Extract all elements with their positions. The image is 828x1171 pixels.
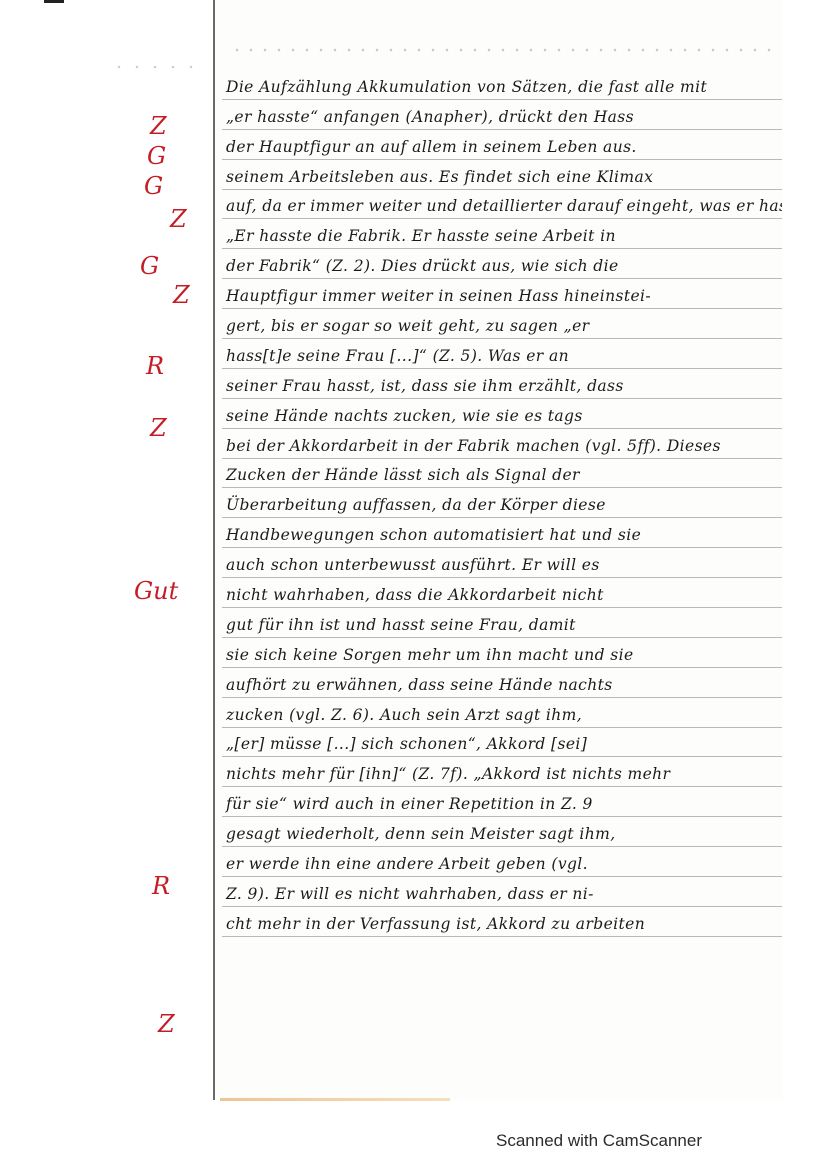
text-line: gut für ihn ist und hasst seine Frau, da… (222, 608, 782, 638)
handwritten-line-text: Die Aufzählung Akkumulation von Sätzen, … (226, 78, 707, 96)
text-line: „Er hasste die Fabrik. Er hasste seine A… (222, 219, 782, 249)
handwritten-line-text: zucken (vgl. Z. 6). Auch sein Arzt sagt … (226, 706, 582, 724)
text-line: „[er] müsse [...] sich schonen“, Akkord … (222, 728, 782, 758)
text-line: auf, da er immer weiter und detaillierte… (222, 190, 782, 220)
text-line: Die Aufzählung Akkumulation von Sätzen, … (222, 70, 782, 100)
text-line: seinem Arbeitsleben aus. Es findet sich … (222, 160, 782, 190)
text-line: Handbewegungen schon automatisiert hat u… (222, 518, 782, 548)
handwritten-line-text: „er hasste“ anfangen (Anapher), drückt d… (226, 108, 634, 126)
top-dot-pattern (230, 46, 780, 56)
handwritten-text-body: Die Aufzählung Akkumulation von Sätzen, … (222, 70, 782, 937)
text-line: nicht wahrhaben, dass die Akkordarbeit n… (222, 578, 782, 608)
handwritten-line-text: Zucken der Hände lässt sich als Signal d… (226, 466, 580, 484)
margin-mark-g: G (144, 172, 163, 200)
page-bottom-edge (220, 1098, 450, 1101)
text-line: „er hasste“ anfangen (Anapher), drückt d… (222, 100, 782, 130)
text-line: gesagt wiederholt, denn sein Meister sag… (222, 817, 782, 847)
margin-mark-z: Z (173, 281, 190, 309)
handwritten-line-text: hass[t]e seine Frau [...]“ (Z. 5). Was e… (226, 347, 569, 365)
text-line: er werde ihn eine andere Arbeit geben (v… (222, 847, 782, 877)
handwritten-line-text: er werde ihn eine andere Arbeit geben (v… (226, 855, 588, 873)
text-line: cht mehr in der Verfassung ist, Akkord z… (222, 907, 782, 937)
handwritten-line-text: Handbewegungen schon automatisiert hat u… (226, 526, 641, 544)
handwritten-line-text: auf, da er immer weiter und detaillierte… (226, 197, 782, 215)
handwritten-line-text: aufhört zu erwähnen, dass seine Hände na… (226, 676, 613, 694)
text-line: sie sich keine Sorgen mehr um ihn macht … (222, 638, 782, 668)
margin-mark-r: R (146, 352, 164, 380)
handwritten-line-text: gesagt wiederholt, denn sein Meister sag… (226, 825, 616, 843)
handwritten-line-text: „[er] müsse [...] sich schonen“, Akkord … (226, 735, 587, 753)
handwritten-line-text: bei der Akkordarbeit in der Fabrik mache… (226, 437, 721, 455)
handwritten-line-text: seiner Frau hasst, ist, dass sie ihm erz… (226, 377, 624, 395)
text-line: der Hauptfigur an auf allem in seinem Le… (222, 130, 782, 160)
text-line: für sie“ wird auch in einer Repetition i… (222, 787, 782, 817)
text-line: auch schon unterbewusst ausführt. Er wil… (222, 548, 782, 578)
handwritten-line-text: cht mehr in der Verfassung ist, Akkord z… (226, 915, 645, 933)
handwritten-line-text: Z. 9). Er will es nicht wahrhaben, dass … (226, 885, 594, 903)
camscanner-watermark: Scanned with CamScanner (496, 1131, 702, 1151)
handwritten-line-text: gut für ihn ist und hasst seine Frau, da… (226, 616, 576, 634)
text-line: Zucken der Hände lässt sich als Signal d… (222, 459, 782, 489)
text-line: nichts mehr für [ihn]“ (Z. 7f). „Akkord … (222, 757, 782, 787)
margin-mark-z: Z (150, 112, 167, 140)
margin-mark-r: R (152, 872, 170, 900)
margin-mark-z: Z (158, 1010, 175, 1038)
text-line: Überarbeitung auffassen, da der Körper d… (222, 488, 782, 518)
text-line: gert, bis er sogar so weit geht, zu sage… (222, 309, 782, 339)
text-line: der Fabrik“ (Z. 2). Dies drückt aus, wie… (222, 249, 782, 279)
handwritten-line-text: für sie“ wird auch in einer Repetition i… (226, 795, 593, 813)
handwritten-line-text: nicht wahrhaben, dass die Akkordarbeit n… (226, 586, 604, 604)
handwritten-line-text: sie sich keine Sorgen mehr um ihn macht … (226, 646, 634, 664)
text-line: bei der Akkordarbeit in der Fabrik mache… (222, 429, 782, 459)
text-line: Hauptfigur immer weiter in seinen Hass h… (222, 279, 782, 309)
handwritten-line-text: nichts mehr für [ihn]“ (Z. 7f). „Akkord … (226, 765, 670, 783)
text-line: Z. 9). Er will es nicht wahrhaben, dass … (222, 877, 782, 907)
text-line: aufhört zu erwähnen, dass seine Hände na… (222, 668, 782, 698)
margin-mark-g: G (140, 252, 159, 280)
handwritten-line-text: gert, bis er sogar so weit geht, zu sage… (226, 317, 589, 335)
handwritten-line-text: „Er hasste die Fabrik. Er hasste seine A… (226, 227, 616, 245)
handwritten-line-text: der Hauptfigur an auf allem in seinem Le… (226, 138, 637, 156)
margin-mark-z: Z (170, 205, 187, 233)
handwritten-line-text: der Fabrik“ (Z. 2). Dies drückt aus, wie… (226, 257, 619, 275)
handwritten-line-text: seine Hände nachts zucken, wie sie es ta… (226, 407, 583, 425)
handwritten-line-text: Überarbeitung auffassen, da der Körper d… (226, 496, 606, 514)
text-line: zucken (vgl. Z. 6). Auch sein Arzt sagt … (222, 698, 782, 728)
handwritten-line-text: seinem Arbeitsleben aus. Es findet sich … (226, 168, 653, 186)
handwritten-line-text: auch schon unterbewusst ausführt. Er wil… (226, 556, 600, 574)
handwritten-line-text: Hauptfigur immer weiter in seinen Hass h… (226, 287, 651, 305)
text-line: seiner Frau hasst, ist, dass sie ihm erz… (222, 369, 782, 399)
margin-mark-z: Z (150, 414, 167, 442)
text-line: hass[t]e seine Frau [...]“ (Z. 5). Was e… (222, 339, 782, 369)
margin-mark-gut: Gut (134, 577, 178, 605)
text-line: seine Hände nachts zucken, wie sie es ta… (222, 399, 782, 429)
margin-mark-g: G (147, 142, 166, 170)
margin-annotations: Z G G Z G Z R Z Gut R Z (0, 0, 210, 1100)
page-margin-line (213, 0, 215, 1100)
